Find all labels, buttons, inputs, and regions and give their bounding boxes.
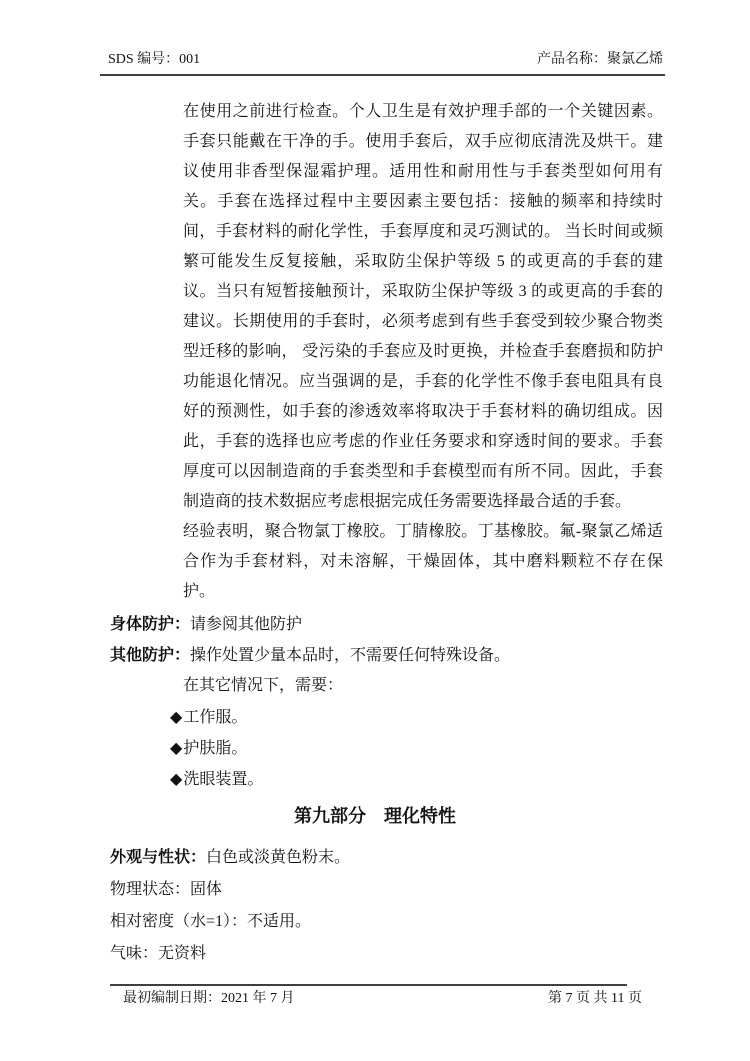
bullet-item-skin-cream: ◆护肤脂。: [170, 734, 247, 764]
property-row-appearance: 外观与性状：白色或淡黄色粉末。: [110, 843, 350, 873]
diamond-bullet-icon: ◆: [170, 740, 182, 757]
product-name-label: 产品名称：聚氯乙烯: [537, 52, 665, 68]
property-label: 相对密度（水=1）：: [110, 913, 247, 930]
bullet-item-eyewash: ◆洗眼装置。: [170, 765, 263, 795]
paragraph-line: 厚度可以因制造商的手套类型和手套模型而有所不同。因此，手套: [183, 457, 663, 487]
paragraph-line: 制造商的技术数据应考虑根据完成任务需要选择最合适的手套。: [183, 487, 663, 517]
sds-document-page: SDS 编号：001 产品名称：聚氯乙烯 在使用之前进行检查。个人卫生是有效护理…: [0, 0, 750, 1061]
property-value: 白色或淡黄色粉末。: [206, 849, 350, 866]
footer-page-number: 第 7 页 共 11 页: [548, 989, 649, 1009]
glove-guidance-paragraphs: 在使用之前进行检查。个人卫生是有效护理手部的一个关键因素。 手套只能戴在干净的手…: [183, 97, 663, 607]
paragraph-line: 手套只能戴在干净的手。使用手套后，双手应彻底清洗及烘干。建: [183, 127, 663, 157]
body-protection-row: 身体防护：请参阅其他防护: [110, 610, 302, 640]
bullet-item-label: 洗眼装置。: [183, 771, 263, 788]
paragraph-line: 经验表明，聚合物氯丁橡胶。丁腈橡胶。丁基橡胶。氟-聚氯乙烯适: [183, 517, 663, 547]
paragraph-line: 间，手套材料的耐化学性，手套厚度和灵巧测试的。 当长时间或频: [183, 217, 663, 247]
page-header: SDS 编号：001 产品名称：聚氯乙烯: [100, 42, 665, 76]
bullet-item-label: 工作服。: [183, 709, 247, 726]
property-value: 无资料: [158, 945, 206, 962]
paragraph-line: 功能退化情况。应当强调的是，手套的化学性不像手套电阻具有良: [183, 367, 663, 397]
other-protection-row: 其他防护：操作处置少量本品时，不需要任何特殊设备。: [110, 641, 510, 671]
other-protection-value: 操作处置少量本品时，不需要任何特殊设备。: [190, 647, 510, 664]
paragraph-line: 议。当只有短暂接触预计，采取防尘保护等级 3 的或更高的手套的: [183, 277, 663, 307]
body-protection-value: 请参阅其他防护: [190, 616, 302, 633]
property-value: 固体: [190, 881, 222, 898]
diamond-bullet-icon: ◆: [170, 771, 182, 788]
property-label: 物理状态：: [110, 881, 190, 898]
paragraph-line: 好的预测性，如手套的渗透效率将取决于手套材料的确切组成。因: [183, 397, 663, 427]
property-label: 外观与性状：: [110, 849, 206, 866]
property-value: 不适用。: [247, 913, 311, 930]
paragraph-line: 此，手套的选择也应考虑的作业任务要求和穿透时间的要求。手套: [183, 427, 663, 457]
paragraph-line: 护。: [183, 577, 663, 607]
diamond-bullet-icon: ◆: [170, 709, 182, 726]
bullet-item-workwear: ◆工作服。: [170, 703, 247, 733]
footer-divider: [110, 984, 627, 986]
paragraph-line: 合作为手套材料，对未溶解，干燥固体，其中磨料颗粒不存在保: [183, 547, 663, 577]
paragraph-line: 议使用非香型保湿霜护理。适用性和耐用性与手套类型如何用有: [183, 157, 663, 187]
section-heading: 第九部分 理化特性: [0, 801, 750, 831]
property-label: 气味：: [110, 945, 158, 962]
paragraph-line: 型迁移的影响， 受污染的手套应及时更换，并检查手套磨损和防护: [183, 337, 663, 367]
other-protection-note: 在其它情况下，需要：: [183, 671, 343, 701]
property-row-odor: 气味：无资料: [110, 939, 206, 969]
property-row-physical-state: 物理状态：固体: [110, 875, 222, 905]
paragraph-line: 关。手套在选择过程中主要因素主要包括：接触的频率和持续时: [183, 187, 663, 217]
property-row-relative-density: 相对密度（水=1）：不适用。: [110, 907, 311, 937]
footer-date: 最初编制日期：2021 年 7 月: [123, 989, 295, 1009]
paragraph-line: 繁可能发生反复接触，采取防尘保护等级 5 的或更高的手套的建: [183, 247, 663, 277]
other-protection-label: 其他防护：: [110, 647, 190, 664]
paragraph-line: 建议。长期使用的手套时，必须考虑到有些手套受到较少聚合物类: [183, 307, 663, 337]
paragraph-line: 在使用之前进行检查。个人卫生是有效护理手部的一个关键因素。: [183, 97, 663, 127]
sds-number-label: SDS 编号：001: [100, 52, 200, 68]
bullet-item-label: 护肤脂。: [183, 740, 247, 757]
body-protection-label: 身体防护：: [110, 616, 190, 633]
